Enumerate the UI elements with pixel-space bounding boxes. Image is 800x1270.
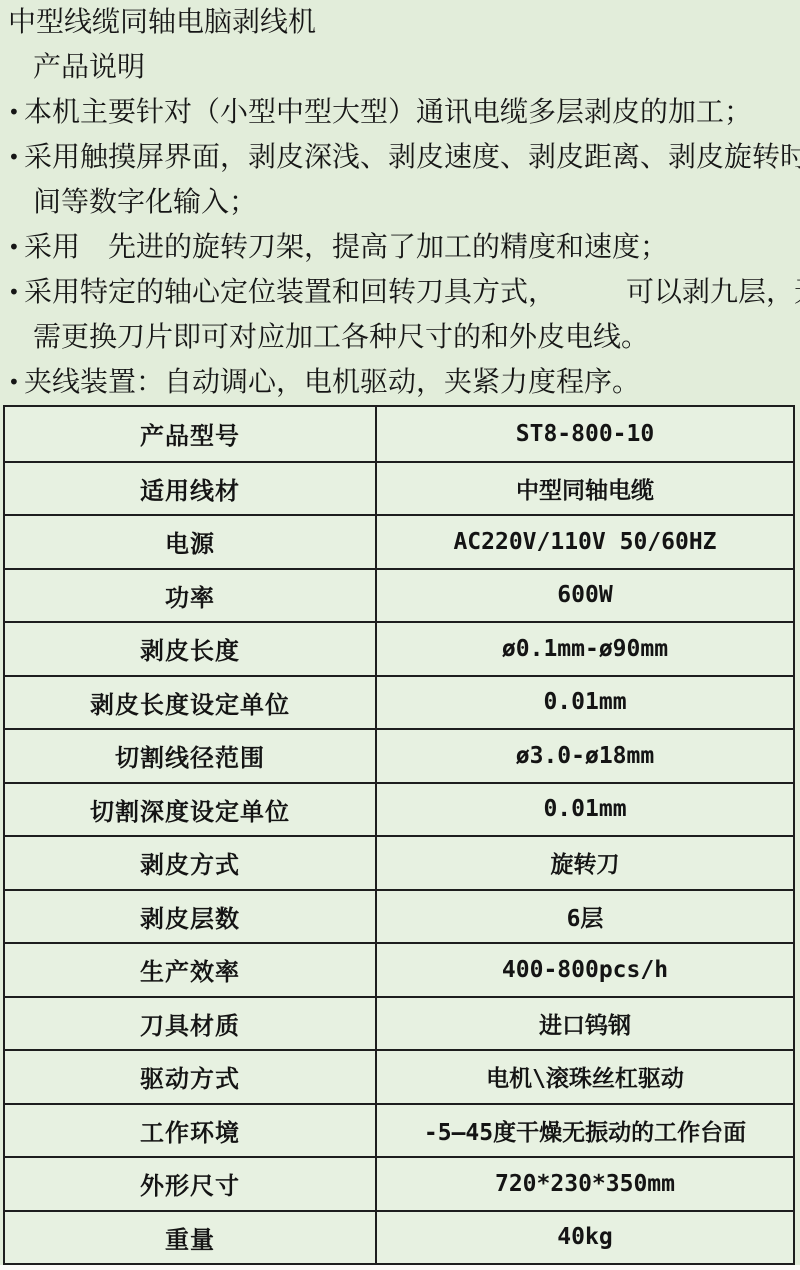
spec-label: 切割深度设定单位	[5, 782, 377, 836]
bullet-icon: •	[8, 135, 20, 180]
spec-label: 生产效率	[5, 942, 377, 996]
description-line: •采用特定的轴心定位装置和回转刀具方式， 可以剥九层，无	[0, 270, 800, 315]
description-line: •夹线装置：自动调心，电机驱动，夹紧力度程序。	[0, 360, 800, 405]
spec-value: ø0.1mm-ø90mm	[377, 621, 793, 675]
description-line: 间等数字化输入；	[0, 180, 800, 225]
spec-label: 重量	[5, 1210, 377, 1264]
spec-value: -5—45度干燥无振动的工作台面	[377, 1103, 793, 1157]
spec-label: 工作环境	[5, 1103, 377, 1157]
spec-value: 电机\滚珠丝杠驱动	[377, 1049, 793, 1103]
spec-label: 剥皮长度	[5, 621, 377, 675]
spec-value: 720*230*350mm	[377, 1156, 793, 1210]
section-heading: 产品说明	[0, 45, 800, 90]
spec-table: 产品型号ST8-800-10适用线材中型同轴电缆电源AC220V/110V 50…	[3, 405, 795, 1265]
spec-value: 旋转刀	[377, 835, 793, 889]
bullet-icon: •	[8, 360, 20, 405]
bullet-icon: •	[8, 90, 20, 135]
bullet-icon: •	[8, 225, 20, 270]
spec-value: AC220V/110V 50/60HZ	[377, 514, 793, 568]
spec-value: 进口钨钢	[377, 996, 793, 1050]
page: 中型线缆同轴电脑剥线机 产品说明 •本机主要针对（小型中型大型）通讯电缆多层剥皮…	[0, 0, 800, 1270]
spec-value: 0.01mm	[377, 782, 793, 836]
spec-value: 6层	[377, 889, 793, 943]
spec-value: ST8-800-10	[377, 407, 793, 461]
spec-label: 适用线材	[5, 461, 377, 515]
spec-label: 驱动方式	[5, 1049, 377, 1103]
spec-label: 剥皮层数	[5, 889, 377, 943]
spec-label: 功率	[5, 568, 377, 622]
description-line: •采用触摸屏界面，剥皮深浅、剥皮速度、剥皮距离、剥皮旋转时	[0, 135, 800, 180]
spec-value: 40kg	[377, 1210, 793, 1264]
description-line: •本机主要针对（小型中型大型）通讯电缆多层剥皮的加工；	[0, 90, 800, 135]
page-bottom-edge	[0, 1265, 800, 1270]
spec-value: 600W	[377, 568, 793, 622]
spec-label: 剥皮长度设定单位	[5, 675, 377, 729]
spec-value: 400-800pcs/h	[377, 942, 793, 996]
bullet-icon: •	[8, 270, 20, 315]
description-line: 需更换刀片即可对应加工各种尺寸的和外皮电线。	[0, 315, 800, 360]
spec-value: ø3.0-ø18mm	[377, 728, 793, 782]
spec-label: 电源	[5, 514, 377, 568]
spec-label: 剥皮方式	[5, 835, 377, 889]
spec-value: 0.01mm	[377, 675, 793, 729]
spec-label: 产品型号	[5, 407, 377, 461]
spec-value: 中型同轴电缆	[377, 461, 793, 515]
spec-label: 切割线径范围	[5, 728, 377, 782]
spec-label: 外形尺寸	[5, 1156, 377, 1210]
spec-label: 刀具材质	[5, 996, 377, 1050]
page-title: 中型线缆同轴电脑剥线机	[0, 0, 800, 45]
description-line: •采用 先进的旋转刀架，提高了加工的精度和速度；	[0, 225, 800, 270]
description: 中型线缆同轴电脑剥线机 产品说明 •本机主要针对（小型中型大型）通讯电缆多层剥皮…	[0, 0, 800, 405]
